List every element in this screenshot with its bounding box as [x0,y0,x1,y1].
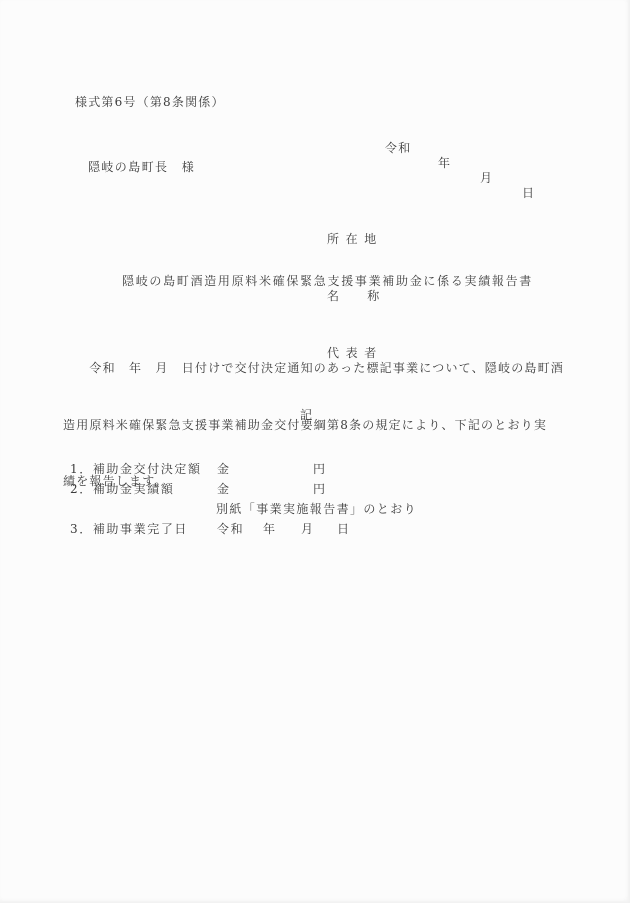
item-2-label: 2．補助金実績額 [70,480,174,497]
addressee: 隠岐の島町長 様 [88,160,195,175]
item-3-date-month-label: 月 [301,520,315,537]
list-item-1: 1．補助金交付決定額 金 円 [0,460,630,480]
list-item-2-note-row: 別紙「事業実施報告書」のとおり [0,500,630,520]
item-2-note: 別紙「事業実施報告書」のとおり [216,500,417,517]
item-2-amount-prefix: 金 [217,480,231,497]
body-line-2: 造用原料米確保緊急支援事業補助金交付要綱第8条の規定により、下記のとおり実 [63,416,564,435]
item-1-amount-prefix: 金 [217,460,231,477]
header-date-year-label: 年 [438,156,451,171]
list-item-3: 3．補助事業完了日 令和 年 月 日 [0,520,630,540]
item-1-amount-suffix: 円 [313,460,327,477]
record-marker: 記 [300,408,313,423]
sender-name-label: 名 称 [327,287,381,306]
item-1-label: 1．補助金交付決定額 [70,460,202,477]
sender-address-label: 所 在 地 [327,230,381,249]
item-2-amount-suffix: 円 [313,480,327,497]
item-3-date-day-label: 日 [337,520,351,537]
form-number: 様式第6号（第8条関係） [75,95,225,110]
header-date-line: 令和 年 月 日 [0,126,630,142]
document-title: 隠岐の島町酒造用原料米確保緊急支援事業補助金に係る実績報告書 [122,274,533,289]
header-date-era: 令和 [385,141,411,156]
item-3-label: 3．補助事業完了日 [70,520,188,537]
header-date-month-label: 月 [480,171,493,186]
list-item-2: 2．補助金実績額 金 円 [0,480,630,500]
item-3-date-era: 令和 [217,520,244,537]
body-line-1: 令和 年 月 日付けで交付決定通知のあった標記事業について、隠岐の島町酒 [63,359,564,378]
document-page: 様式第6号（第8条関係） 令和 年 月 日 隠岐の島町長 様 所 在 地 名 称… [0,0,630,903]
header-date-day-label: 日 [522,186,535,201]
item-3-date-year-label: 年 [263,520,277,537]
